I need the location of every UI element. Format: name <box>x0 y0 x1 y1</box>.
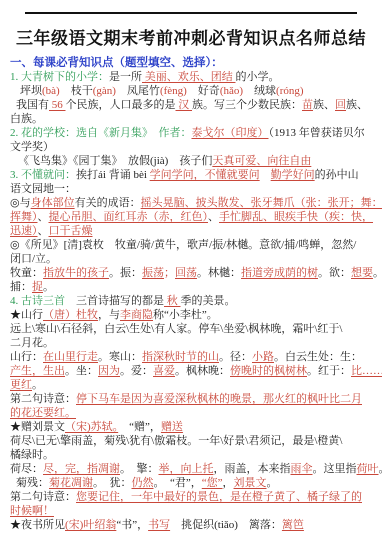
text-segment: 、 <box>208 211 219 223</box>
text-line: 语文园地一： <box>10 182 372 196</box>
text-line: 4. 古诗三首 三首诗描写的都是 秋 季的美景。 <box>10 294 372 308</box>
answer-blank-text: 尽，完，指凋谢 <box>43 463 120 475</box>
text-segment: 族。写三个少数民族： <box>192 99 302 111</box>
text-segment: 挑促织(tiǎo) 篱落： <box>170 519 282 531</box>
text-segment: 我国有 <box>16 99 49 111</box>
answer-blank-text: 挥舞） <box>10 211 38 223</box>
text-segment: (róng) <box>276 85 304 97</box>
text-segment: ； <box>164 267 175 279</box>
text-segment: 3. 不懂就问： <box>10 169 76 181</box>
text-segment: 是一所 <box>109 71 142 83</box>
text-line: 远上\寒山\石径斜，白云\生处\有人家。停车\坐爱\枫林晚，霜叶\红于\ <box>10 322 372 336</box>
text-segment: 1. 大青树下的小学： <box>10 71 109 83</box>
answer-blank-text: 更红 <box>10 379 32 391</box>
text-segment: （1913 年曾获诺贝尔 <box>269 127 365 139</box>
text-segment: 坪坝 <box>20 85 42 97</box>
answer-blank-text: 喜爱 <box>153 365 175 377</box>
text-segment: 。 <box>373 267 382 279</box>
text-segment: 枝干 <box>60 85 93 97</box>
answer-blank-text: 口干舌燥 <box>49 225 93 237</box>
text-segment: (fèng) <box>160 85 187 97</box>
text-segment: “书”， <box>116 519 148 531</box>
text-segment: (hǎo) <box>220 85 243 97</box>
text-line: ◎与身体部位有关的成语：摇头晃脑、披头散发、张牙舞爪（张：张开；舞： <box>10 196 372 210</box>
answer-blank-text: 摇头晃脑、披头散发、张牙舞爪（张：张开；舞： <box>141 197 382 209</box>
answer-blank-text: 您要记住，一年中最好的景色，是在橙子黄了、橘子绿了的 <box>76 491 362 503</box>
text-line: ★山行（唐）杜牧，与李商隐称“小李杜”。 <box>10 308 372 322</box>
answer-blank-text: 秋 <box>164 295 181 307</box>
answer-blank-text: 指道旁成荫的树 <box>241 267 318 279</box>
text-segment: 。 <box>43 281 54 293</box>
answer-blank-text: 停下马车是因为喜爱深秋枫林的晚景，那火红的枫叶比二月 <box>76 393 362 405</box>
text-segment: 菊残： <box>16 477 49 489</box>
text-line: 荷尽\已无\擎雨盖，菊残\犹有\傲霜枝。一年\好景\君须记，最是\橙黄\ <box>10 434 372 448</box>
text-line: 3. 不懂就问：挨打ái 背诵 bèi 学问学问，不懂就要问 勤学好问的孙中山 <box>10 168 372 182</box>
text-line: 时候啊！ <box>10 504 372 518</box>
text-line: 产生，生出。坐：因为。爱：喜爱。枫林晚：傍晚时的枫树林。红于：比…… <box>10 364 372 378</box>
text-line: 捕：捉。 <box>10 280 372 294</box>
text-segment: 。径： <box>219 351 252 363</box>
text-line: 荷尽：尽，完，指凋谢。 擎：举，向上托，雨盖，本来指雨伞。这里指荷叶。 <box>10 462 372 476</box>
text-segment: 荷尽： <box>10 463 43 475</box>
text-line: 第二句诗意：停下马车是因为喜爱深秋枫林的晚景，那火红的枫叶比二月 <box>10 392 372 406</box>
text-segment: 。 擎： <box>120 463 159 475</box>
answer-blank-text: (宋)叶绍翁 <box>65 519 116 531</box>
text-segment: 的孙中山 <box>315 169 359 181</box>
answer-blank-text: 回 <box>335 99 346 111</box>
text-segment: 。 犹： <box>93 477 132 489</box>
answer-blank-text: 指深秋时节的山 <box>142 351 219 363</box>
answer-blank-text: 苗 <box>302 99 313 111</box>
text-segment: 。寒山： <box>98 351 142 363</box>
text-segment: 。 “君”， <box>154 477 202 489</box>
text-segment: 。林樾： <box>197 267 241 279</box>
answer-blank-text: 时候啊！ <box>10 505 54 517</box>
text-line: 闭口/立。 <box>10 252 372 266</box>
answer-blank-text: 产生，生出 <box>10 365 65 377</box>
text-segment: 绒球 <box>243 85 276 97</box>
answer-blank-text: 因为 <box>98 365 120 377</box>
text-segment: 捕： <box>10 281 32 293</box>
text-segment: 。枫林晚： <box>175 365 230 377</box>
answer-blank-text: （唐）杜牧 <box>43 309 98 321</box>
answer-blank-text: “您” <box>202 477 223 489</box>
text-line: 2. 花的学校：选自《新月集》 作者：泰戈尔（印度）（1913 年曾获诺贝尔 <box>10 126 372 140</box>
answer-blank-text: 篱笆 <box>282 519 304 531</box>
text-segment: 。红于： <box>307 365 351 377</box>
text-segment: 荷尽\已无\擎雨盖，菊残\犹有\傲霜枝。一年\好景\君须记，最是\橙黄\ <box>10 435 342 447</box>
text-segment: 。 <box>32 379 43 391</box>
text-line: 迅速）、口干舌燥 <box>10 224 372 238</box>
answer-blank-text: 小路 <box>252 351 274 363</box>
text-segment: 。白云生处：生： <box>274 351 362 363</box>
text-segment: 凤尾竹 <box>116 85 160 97</box>
answer-blank-text: 汉 <box>176 99 193 111</box>
text-segment: 三首诗描写的都是 <box>65 295 164 307</box>
text-segment: 4. 古诗三首 <box>10 295 65 307</box>
answer-blank-text: 书写 <box>148 519 170 531</box>
text-line: 我国有 56 个民族，人口最多的是 汉 族。写三个少数民族：苗族、回族、 <box>10 98 372 112</box>
text-line: 坪坝(bà) 枝干(gàn) 凤尾竹(fèng) 好奇(hǎo) 绒球(róng… <box>10 84 372 98</box>
answer-blank-text: 想要 <box>351 267 373 279</box>
answer-blank-text: 提心吊胆、面红耳赤（赤，红色） <box>49 211 209 223</box>
text-segment: 。坐： <box>65 365 98 377</box>
answer-blank-text: 泰戈尔（印度） <box>192 127 269 139</box>
text-segment: ， <box>223 477 234 489</box>
answer-blank-text: 勤学好问 <box>271 169 315 181</box>
text-line: 山行：在山里行走。寒山：指深秋时节的山。径：小路。白云生处：生： <box>10 350 372 364</box>
answer-blank-text: 指放牛的孩子 <box>43 267 109 279</box>
answer-blank-text: 荷叶 <box>357 463 379 475</box>
text-segment: 族、 <box>313 99 335 111</box>
answer-blank-text: 在山里行走 <box>43 351 98 363</box>
text-line: ◎《所见》[清]袁枚 牧童/骑/黄牛，歌声/振/林樾。意欲/捕/鸣蝉，忽然/ <box>10 238 372 252</box>
text-segment: ，雨盖，本来指 <box>214 463 291 475</box>
text-segment: 。这里指 <box>313 463 357 475</box>
document-body: 一、每课必背知识点（题型填空、选择）：1. 大青树下的小学：是一所 美丽、欢乐、… <box>10 56 372 532</box>
text-segment: 。欲： <box>318 267 351 279</box>
answer-blank-text: 的花还要红。 <box>10 407 76 419</box>
text-segment: ◎与 <box>10 197 31 209</box>
answer-blank-text: 菊花凋谢 <box>49 477 93 489</box>
text-segment <box>260 169 271 181</box>
text-segment: 文学奖） <box>10 141 54 153</box>
answer-blank-text: 美丽、欢乐、团结 <box>142 71 236 83</box>
answer-blank-text: 雨伞 <box>291 463 313 475</box>
answer-blank-text: 学问学问，不懂就要问 <box>150 169 260 181</box>
text-line: 《飞鸟集》《园丁集》 放假(jià) 孩子们天真可爱、向往自由 <box>10 154 372 168</box>
text-segment: 好奇 <box>187 85 220 97</box>
text-segment: (gàn) <box>93 85 116 97</box>
text-segment: ◎《所见》[清]袁枚 牧童/骑/黄牛，歌声/振/林樾。意欲/捕/鸣蝉，忽然/ <box>10 239 356 251</box>
text-segment: 白族。 <box>10 113 43 125</box>
answer-blank-text: 李商隐 <box>120 309 153 321</box>
answer-blank-text: 身体部位 <box>31 197 75 209</box>
answer-blank-text: 56 <box>49 99 66 111</box>
text-segment: 《飞鸟集》《园丁集》 放假(jià) 孩子们 <box>18 155 212 167</box>
answer-blank-text: 仍然 <box>132 477 154 489</box>
text-segment: 。 <box>379 463 382 475</box>
text-segment: 第二句诗意： <box>10 393 76 405</box>
text-segment: 牧童： <box>10 267 43 279</box>
text-segment: 、 <box>38 211 49 223</box>
answer-blank-text: 举，向上托 <box>159 463 214 475</box>
answer-blank-text: 比…… <box>351 365 382 377</box>
text-line: 的花还要红。 <box>10 406 372 420</box>
text-segment: 、 <box>38 225 49 237</box>
text-segment: 远上\寒山\石径斜，白云\生处\有人家。停车\坐爱\枫林晚，霜叶\红于\ <box>10 323 342 335</box>
document-page: 三年级语文期末考前冲刺必背知识点名师总结 一、每课必背知识点（题型填空、选择）：… <box>0 0 382 532</box>
text-line: 橘绿时。 <box>10 448 372 462</box>
answer-blank-text: 回荡 <box>175 267 197 279</box>
text-segment: 有关的成语： <box>75 197 141 209</box>
text-segment: 称“小李杜”。 <box>153 309 218 321</box>
text-line: 更红。 <box>10 378 372 392</box>
text-segment: 。 <box>267 477 278 489</box>
answer-blank-text: 傍晚时的枫树林 <box>230 365 307 377</box>
text-line: ★赠刘景文（宋)苏轼。 “赠”，赠送 <box>10 420 372 434</box>
text-segment: 2. 花的学校：选自《新月集》 作者： <box>10 127 192 139</box>
text-segment: ★山行 <box>10 309 43 321</box>
text-segment: (bà) <box>42 85 60 97</box>
answer-blank-text: 捉 <box>32 281 43 293</box>
text-segment: “赠”， <box>118 421 161 433</box>
text-segment: 山行： <box>10 351 43 363</box>
answer-blank-text: 天真可爱、向往自由 <box>212 155 311 167</box>
page-title: 三年级语文期末考前冲刺必背知识点名师总结 <box>10 24 372 49</box>
answer-blank-text: 迅速） <box>10 225 38 237</box>
answer-blank-text: 振荡 <box>142 267 164 279</box>
answer-blank-text: 赠送 <box>161 421 183 433</box>
section-heading: 一、每课必背知识点（题型填空、选择）： <box>10 56 372 70</box>
text-segment: 的小学。 <box>236 71 280 83</box>
text-segment: 橘绿时。 <box>10 449 54 461</box>
text-segment: 语文园地一： <box>10 183 76 195</box>
text-line: 第二句诗意：您要记住，一年中最好的景色，是在橙子黄了、橘子绿了的 <box>10 490 372 504</box>
text-segment: ★夜书所见 <box>10 519 65 531</box>
header-rule <box>25 12 357 14</box>
text-line: 挥舞）、提心吊胆、面红耳赤（赤，红色）、手忙脚乱、眼疾手快（疾：快， <box>10 210 372 224</box>
text-segment: 季的美景。 <box>181 295 236 307</box>
text-segment: 族、 <box>346 99 368 111</box>
text-line: 牧童：指放牛的孩子。振：振荡；回荡。林樾：指道旁成荫的树。欲：想要。 <box>10 266 372 280</box>
answer-blank-text: 刘景文 <box>234 477 267 489</box>
text-line: 1. 大青树下的小学：是一所 美丽、欢乐、团结 的小学。 <box>10 70 372 84</box>
text-segment: ★赠刘景文 <box>10 421 65 433</box>
answer-blank-text: 手忙脚乱、眼疾手快（疾：快， <box>219 211 373 223</box>
text-segment: ，与 <box>98 309 120 321</box>
text-segment: 第二句诗意： <box>10 491 76 503</box>
text-segment: 一、每课必背知识点（题型填空、选择）： <box>10 57 223 69</box>
text-segment: 闭口/立。 <box>10 253 57 265</box>
text-line: ★夜书所见(宋)叶绍翁“书”，书写 挑促织(tiǎo) 篱落：篱笆 <box>10 518 372 532</box>
text-segment: 二月花。 <box>10 337 54 349</box>
text-segment: 。振： <box>109 267 142 279</box>
text-segment: 。爱： <box>120 365 153 377</box>
text-line: 菊残：菊花凋谢。 犹：仍然。 “君”，“您”，刘景文。 <box>10 476 372 490</box>
text-line: 文学奖） <box>10 140 372 154</box>
answer-blank-text: （宋)苏轼。 <box>65 421 118 433</box>
text-line: 二月花。 <box>10 336 372 350</box>
text-line: 白族。 <box>10 112 372 126</box>
text-segment: 挨打ái 背诵 bèi <box>76 169 150 181</box>
text-segment: 个民族，人口最多的是 <box>66 99 176 111</box>
